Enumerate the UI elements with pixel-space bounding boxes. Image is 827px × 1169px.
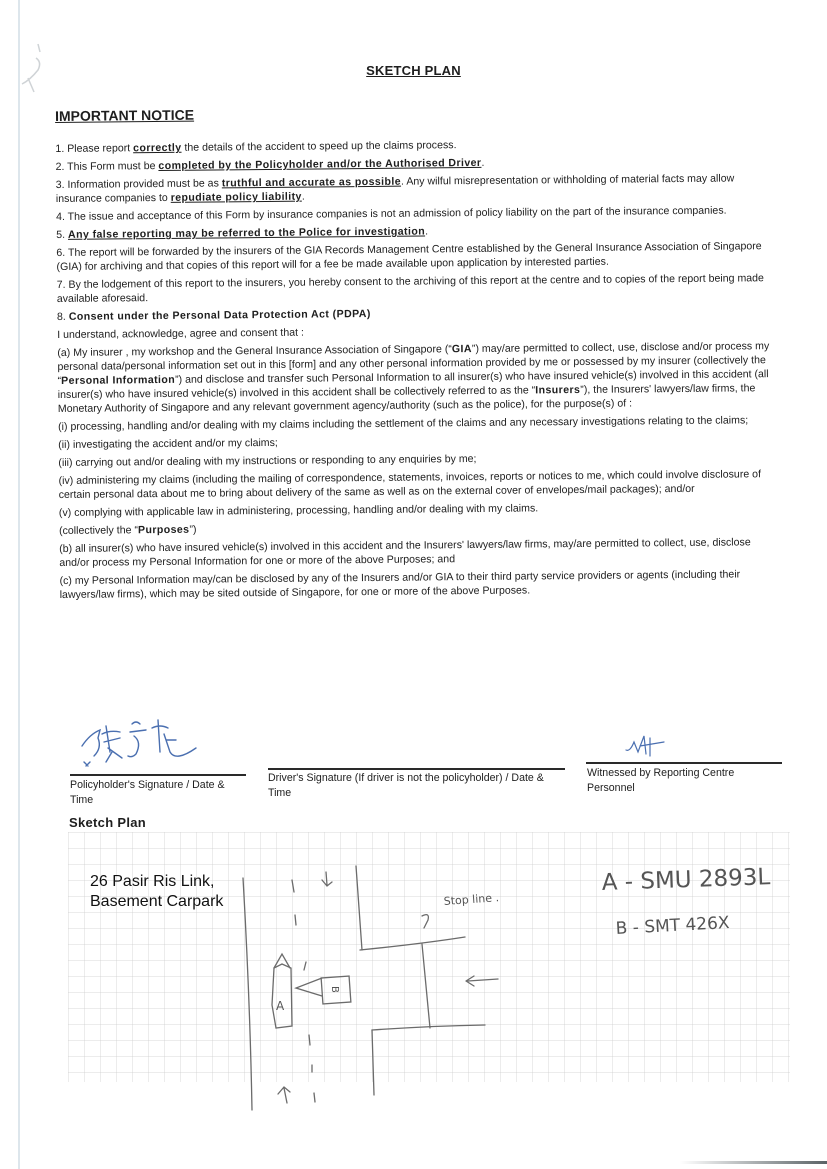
car-a-label: A <box>276 999 285 1013</box>
accident-sketch-drawing: A B Stop line . A - SMU 2893L B - SMT 42… <box>0 0 827 1169</box>
vehicle-b-plate: B - SMT 426X <box>615 913 730 939</box>
car-b-label: B <box>329 986 340 993</box>
stop-line-note: Stop line . <box>443 891 499 908</box>
vehicle-a-plate: A - SMU 2893L <box>601 864 771 896</box>
